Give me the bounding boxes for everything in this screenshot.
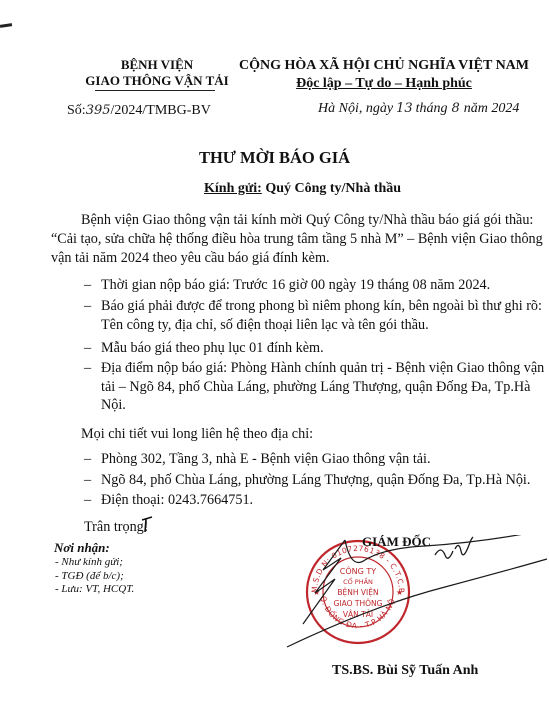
- place-and-date: Hà Nội, ngày13tháng8năm 2024: [318, 101, 519, 117]
- requirement-item: – Mẫu báo giá theo phụ lục 01 đính kèm.: [101, 339, 324, 358]
- dash-bullet: –: [84, 359, 91, 378]
- dash-bullet: –: [84, 491, 91, 510]
- contact-text: Phòng 302, Tầng 3, nhà E - Bệnh viện Gia…: [101, 450, 431, 469]
- dash-bullet: –: [84, 297, 91, 316]
- requirement-item: – Báo giá phải được để trong phong bì ni…: [101, 297, 542, 334]
- scan-mark: [0, 23, 12, 28]
- document-title: THƯ MỜI BÁO GIÁ: [0, 148, 549, 168]
- org-underline: [95, 90, 215, 91]
- requirement-text: Báo giá phải được để trong phong bì niêm…: [101, 297, 542, 316]
- contact-text: Ngõ 84, phố Chùa Láng, phường Láng Thượn…: [101, 471, 530, 490]
- contact-text: Điện thoại: 0243.7664751.: [101, 491, 253, 510]
- requirement-text: tải – Ngõ 84, phố Chùa Láng, phường Láng…: [101, 378, 544, 397]
- intro-line-3: vận tải năm 2024 theo yêu cầu báo giá đí…: [51, 249, 330, 268]
- day-handwritten: 13: [396, 101, 413, 116]
- month-label: tháng: [416, 101, 448, 116]
- recipients-heading: Nơi nhận:: [54, 540, 110, 556]
- closing: Trân trọng!: [84, 518, 149, 537]
- doc-number-suffix: /2024/TMBG-BV: [111, 103, 211, 118]
- dash-bullet: –: [84, 450, 91, 469]
- contact-item: – Phòng 302, Tầng 3, nhà E - Bệnh viện G…: [101, 450, 431, 469]
- contact-item: – Ngõ 84, phố Chùa Láng, phường Láng Thư…: [101, 471, 530, 490]
- place-date-prefix: Hà Nội, ngày: [318, 101, 393, 116]
- initial-mark-icon: [140, 516, 154, 534]
- requirement-text: Nội.: [101, 396, 544, 415]
- requirement-text: Mẫu báo giá theo phụ lục 01 đính kèm.: [101, 339, 324, 358]
- requirement-text: Địa điểm nộp báo giá: Phòng Hành chính q…: [101, 359, 544, 378]
- nation-title: CỘNG HÒA XÃ HỘI CHỦ NGHĨA VIỆT NAM: [228, 58, 540, 74]
- recipients-list: - Như kính gửi; - TGĐ (để b/c); - Lưu: V…: [55, 556, 134, 597]
- doc-number-handwritten: 395: [86, 103, 111, 118]
- requirement-item: – Thời gian nộp báo giá: Trước 16 giờ 00…: [101, 276, 490, 295]
- org-name-line1: BỆNH VIỆN: [62, 57, 252, 73]
- recipient-item: - Lưu: VT, HCQT.: [55, 583, 134, 597]
- dash-bullet: –: [84, 471, 91, 490]
- dash-bullet: –: [84, 276, 91, 295]
- dash-bullet: –: [84, 339, 91, 358]
- document-number: Số:395/2024/TMBG-BV: [67, 103, 211, 119]
- greeting-recipient: Quý Công ty/Nhà thầu: [265, 181, 401, 196]
- month-handwritten: 8: [452, 101, 460, 116]
- doc-number-prefix: Số:: [67, 103, 86, 118]
- signature-icon: [285, 535, 549, 650]
- requirement-text: Thời gian nộp báo giá: Trước 16 giờ 00 n…: [101, 276, 490, 295]
- signer-name: TS.BS. Bùi Sỹ Tuấn Anh: [332, 663, 478, 679]
- requirement-text: Tên công ty, địa chỉ, số điện thoại liên…: [101, 316, 542, 335]
- national-motto: Độc lập – Tự do – Hạnh phúc: [228, 76, 540, 92]
- recipient-item: - Như kính gửi;: [55, 556, 134, 570]
- greeting: Kính gửi: Quý Công ty/Nhà thầu: [204, 181, 401, 197]
- intro-line-2: “Cải tạo, sửa chữa hệ thống điều hòa tru…: [51, 230, 543, 249]
- contact-heading: Mọi chi tiết vui long liên hệ theo địa c…: [81, 425, 313, 444]
- intro-line-1: Bệnh viện Giao thông vận tải kính mời Qu…: [81, 211, 533, 230]
- greeting-label: Kính gửi:: [204, 181, 262, 196]
- recipient-item: - TGĐ (để b/c);: [55, 570, 134, 584]
- requirement-item: – Địa điểm nộp báo giá: Phòng Hành chính…: [101, 359, 544, 415]
- year-label: năm 2024: [464, 101, 520, 116]
- contact-item: – Điện thoại: 0243.7664751.: [101, 491, 253, 510]
